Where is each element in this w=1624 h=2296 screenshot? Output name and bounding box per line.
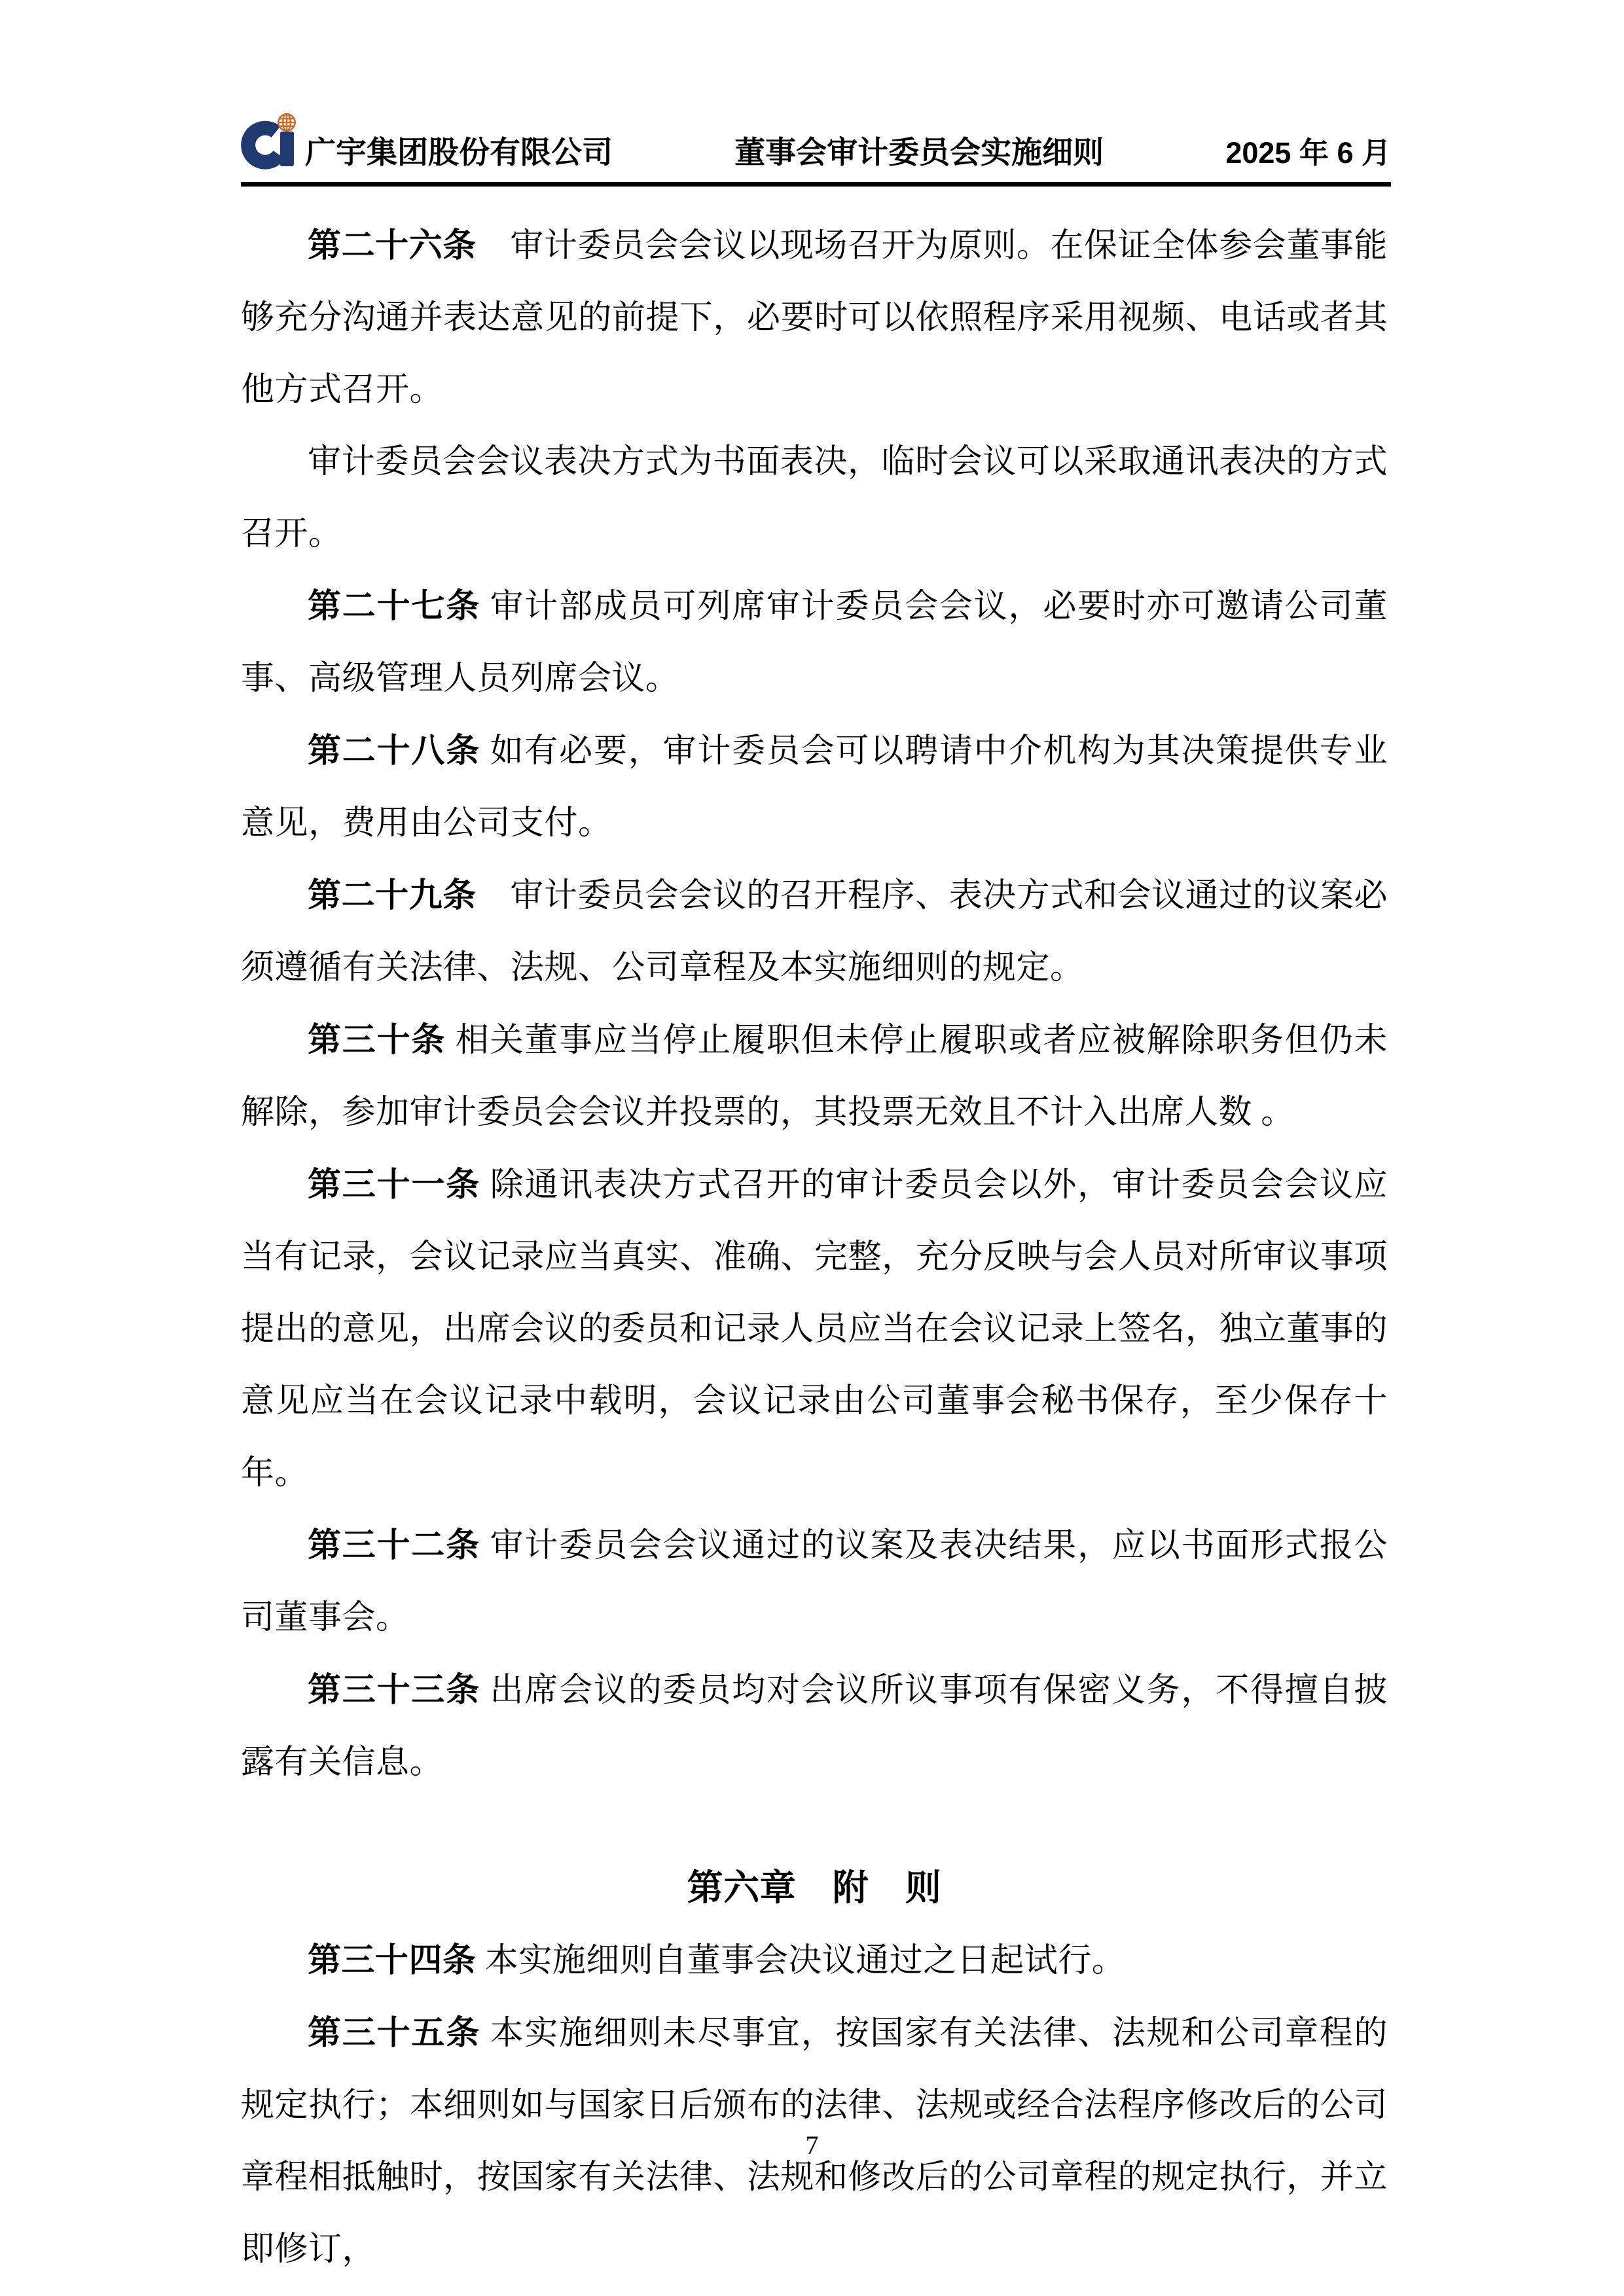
company-name: 广宇集团股份有限公司	[305, 137, 613, 171]
article-number: 第二十八条	[308, 732, 480, 769]
header-rule	[241, 182, 1391, 187]
article-number: 第二十九条	[308, 876, 477, 914]
article-separator	[480, 1167, 490, 1204]
article-number: 第二十七条	[308, 587, 480, 624]
article-paragraph: 第三十二条 审计委员会会议通过的议案及表决结果，应以书面形式报公司董事会。	[241, 1509, 1388, 1654]
article-separator	[480, 2015, 490, 2052]
logo-g-stem	[280, 132, 294, 166]
article-paragraph: 第三十四条 本实施细则自董事会决议通过之日起试行。	[241, 1924, 1388, 1997]
article-separator	[480, 1528, 490, 1564]
page-number: 7	[806, 2130, 819, 2160]
article-number: 第三十五条	[308, 2014, 480, 2051]
article-number: 第二十六条	[308, 226, 477, 264]
document-body: 第二十六条 审计委员会会议以现场召开为原则。在保证全体参会董事能够充分沟通并表达…	[241, 209, 1388, 2286]
globe-icon	[278, 114, 295, 130]
document-title: 董事会审计委员会实施细则	[734, 137, 1104, 171]
document-date: 2025 年 6 月	[1225, 138, 1391, 171]
page-header: 广宇集团股份有限公司 董事会审计委员会实施细则 2025 年 6 月	[241, 105, 1391, 171]
article-paragraph: 审计委员会会议表决方式为书面表决，临时会议可以采取通讯表决的方式召开。	[241, 426, 1388, 570]
article-separator	[477, 228, 511, 264]
header-left: 广宇集团股份有限公司	[241, 113, 613, 171]
chapter-heading: 第六章 附 则	[241, 1852, 1388, 1924]
article-separator	[477, 878, 511, 914]
article-separator	[446, 1022, 456, 1059]
article-paragraph: 第三十三条 出席会议的委员均对会议所议事项有保密义务，不得擅自披露有关信息。	[241, 1654, 1388, 1799]
article-separator	[477, 1943, 485, 1979]
article-paragraph: 第二十七条 审计部成员可列席审计委员会会议，必要时亦可邀请公司董事、高级管理人员…	[241, 570, 1388, 715]
article-number: 第三十四条	[308, 1941, 477, 1979]
article-number: 第三十一条	[308, 1166, 480, 1203]
article-number: 第三十二条	[308, 1526, 480, 1564]
company-logo-icon	[241, 113, 302, 171]
article-paragraph: 第三十一条 除通讯表决方式召开的审计委员会以外，审计委员会会议应当有记录，会议记…	[241, 1149, 1388, 1509]
article-number: 第三十三条	[308, 1671, 480, 1708]
article-number: 第三十条	[308, 1021, 446, 1058]
article-paragraph: 第三十条 相关董事应当停止履职但未停止履职或者应被解除职务但仍未解除，参加审计委…	[241, 1004, 1388, 1149]
article-separator	[480, 588, 490, 625]
article-paragraph: 第二十九条 审计委员会会议的召开程序、表决方式和会议通过的议案必须遵循有关法律、…	[241, 859, 1388, 1004]
article-text: 除通讯表决方式召开的审计委员会以外，审计委员会会议应当有记录，会议记录应当真实、…	[241, 1167, 1388, 1492]
logo-g-bowl	[248, 128, 279, 162]
article-paragraph: 第二十六条 审计委员会会议以现场召开为原则。在保证全体参会董事能够充分沟通并表达…	[241, 209, 1388, 426]
article-paragraph: 第二十八条 如有必要，审计委员会可以聘请中介机构为其决策提供专业意见，费用由公司…	[241, 715, 1388, 859]
article-text: 审计委员会会议表决方式为书面表决，临时会议可以采取通讯表决的方式召开。	[241, 444, 1388, 552]
document-page: 广宇集团股份有限公司 董事会审计委员会实施细则 2025 年 6 月 第二十六条…	[0, 0, 1624, 2296]
article-text: 本实施细则自董事会决议通过之日起试行。	[485, 1943, 1126, 1979]
page-footer: 7	[0, 2132, 1624, 2159]
article-separator	[480, 1672, 490, 1709]
article-separator	[480, 733, 490, 770]
